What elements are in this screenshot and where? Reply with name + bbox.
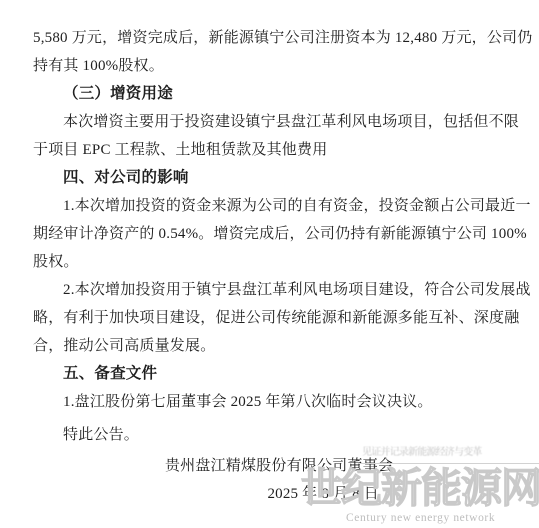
doc-line: 期经审计净资产的 0.54%。增资完成后，公司仍持有新能源镇宁公司 100% bbox=[33, 220, 509, 248]
section-heading-impact: 四、对公司的影响 bbox=[33, 164, 509, 192]
doc-line: 本次增资主要用于投资建设镇宁县盘江革利风电场项目，包括但不限 bbox=[33, 108, 509, 136]
doc-line: 于项目 EPC 工程款、土地租赁款及其他费用 bbox=[33, 136, 509, 164]
signature-company-board: 贵州盘江精煤股份有限公司董事会 bbox=[33, 452, 509, 480]
doc-line: 5,580 万元，增资完成后，新能源镇宁公司注册资本为 12,480 万元，公司… bbox=[33, 24, 509, 52]
doc-line: 股权。 bbox=[33, 248, 509, 276]
announcement-document: 5,580 万元，增资完成后，新能源镇宁公司注册资本为 12,480 万元，公司… bbox=[0, 0, 539, 528]
doc-line: 持有其 100%股权。 bbox=[33, 52, 509, 80]
section-heading-reference-docs: 五、备查文件 bbox=[33, 360, 509, 388]
section-heading-capital-use: （三）增资用途 bbox=[33, 80, 509, 108]
doc-line: 2.本次增加投资用于镇宁县盘江革利风电场项目建设，符合公司发展战 bbox=[33, 276, 509, 304]
announcement-date: 2025 年 8 月 8 日 bbox=[33, 480, 509, 508]
closing-statement: 特此公告。 bbox=[33, 421, 509, 449]
doc-line: 略，有利于加快项目建设，促进公司传统能源和新能源多能互补、深度融 bbox=[33, 304, 509, 332]
doc-line: 1.盘江股份第七届董事会 2025 年第八次临时会议决议。 bbox=[33, 388, 509, 416]
doc-line: 1.本次增加投资的资金来源为公司的自有资金，投资金额占公司最近一 bbox=[33, 192, 509, 220]
doc-line: 合，推动公司高质量发展。 bbox=[33, 332, 509, 360]
